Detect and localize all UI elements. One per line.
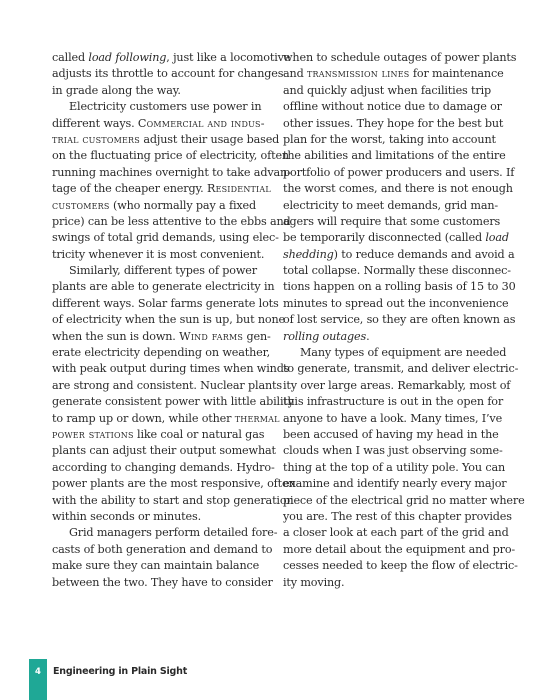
text-run: different ways. [52, 117, 138, 130]
text-run: price) can be less attentive to the ebbs… [52, 215, 291, 228]
text-run: running machines overnight to take advan… [52, 166, 291, 179]
text-run: anyone to have a look. Many times, I’ve [283, 412, 502, 425]
text-line: shedding) to reduce demands and avoid a [283, 247, 525, 263]
book-page: called load following, just like a locom… [0, 0, 560, 700]
text-line: of electricity when the sun is up, but n… [52, 312, 296, 328]
text-run: adjust their usage based [140, 133, 279, 146]
text-run: tage of the cheaper energy. [52, 182, 207, 195]
text-line: ity over large areas. Remarkably, most o… [283, 378, 525, 394]
text-run: of electricity when the sun is up, but n… [52, 313, 285, 326]
text-line: to generate, transmit, and deliver elect… [283, 361, 525, 377]
text-run: Grid managers perform detailed fore- [69, 526, 277, 539]
text-run: clouds when I was just observing some- [283, 444, 503, 457]
text-run: agers will require that some customers [283, 215, 500, 228]
text-line: electricity to meet demands, grid man- [283, 198, 525, 214]
text-run: Many types of equipment are needed [300, 346, 506, 359]
text-run: be temporarily disconnected (called [283, 231, 485, 244]
text-run: Similarly, different types of power [69, 264, 257, 277]
text-line: rolling outages. [283, 329, 525, 345]
text-line: tage of the cheaper energy. Residential [52, 181, 296, 197]
text-run: and quickly adjust when facilities trip [283, 84, 491, 97]
text-run: gen- [243, 330, 271, 343]
text-run: power plants are the most responsive, of… [52, 477, 296, 490]
text-line: the worst comes, and there is not enough [283, 181, 525, 197]
text-line: Similarly, different types of power [52, 263, 296, 279]
text-line: different ways. Solar farms generate lot… [52, 296, 296, 312]
text-run: the abilities and limitations of the ent… [283, 149, 506, 162]
text-line: total collapse. Normally these disconnec… [283, 263, 525, 279]
text-line: in grade along the way. [52, 83, 296, 99]
text-line: generate consistent power with little ab… [52, 394, 296, 410]
text-run: electricity to meet demands, grid man- [283, 199, 498, 212]
text-run: total collapse. Normally these disconnec… [283, 264, 511, 277]
text-line: clouds when I was just observing some- [283, 443, 525, 459]
text-line: between the two. They have to consider [52, 575, 296, 591]
text-run: you are. The rest of this chapter provid… [283, 510, 512, 523]
text-run: casts of both generation and demand to [52, 543, 272, 556]
text-line: trial customers adjust their usage based [52, 132, 296, 148]
text-run: when to schedule outages of power plants [283, 51, 516, 64]
text-run: a closer look at each part of the grid a… [283, 526, 509, 539]
text-run: erate electricity depending on weather, [52, 346, 270, 359]
right-text-column: when to schedule outages of power plants… [283, 50, 525, 591]
running-title: Engineering in Plain Sight [53, 666, 187, 677]
text-run: in grade along the way. [52, 84, 181, 97]
text-line: Grid managers perform detailed fore- [52, 525, 296, 541]
text-line: be temporarily disconnected (called load [283, 230, 525, 246]
left-text-column: called load following, just like a locom… [52, 50, 296, 591]
text-line: on the fluctuating price of electricity,… [52, 148, 296, 164]
text-line: examine and identify nearly every major [283, 476, 525, 492]
emphasis-text: load following [88, 51, 166, 64]
glossary-term: power stations [52, 428, 134, 441]
text-run: . [366, 330, 369, 343]
text-run: called [52, 51, 88, 64]
text-line: cesses needed to keep the flow of electr… [283, 558, 525, 574]
text-run: with the ability to start and stop gener… [52, 494, 294, 507]
text-run: piece of the electrical grid no matter w… [283, 494, 525, 507]
text-line: thing at the top of a utility pole. You … [283, 460, 525, 476]
text-line: tricity whenever it is most convenient. [52, 247, 296, 263]
text-run: make sure they can maintain balance [52, 559, 259, 572]
text-line: of lost service, so they are often known… [283, 312, 525, 328]
text-line: swings of total grid demands, using elec… [52, 230, 296, 246]
glossary-term: Residential [207, 182, 271, 195]
text-run: portfolio of power producers and users. … [283, 166, 514, 179]
text-line: power stations like coal or natural gas [52, 427, 296, 443]
text-run: when the sun is down. [52, 330, 179, 343]
page-footer: 4 Engineering in Plain Sight [0, 659, 560, 700]
text-run: the worst comes, and there is not enough [283, 182, 513, 195]
text-line: and quickly adjust when facilities trip [283, 83, 525, 99]
text-run: different ways. Solar farms generate lot… [52, 297, 279, 310]
glossary-term: trial customers [52, 133, 140, 146]
text-line: plan for the worst, taking into account [283, 132, 525, 148]
glossary-term: transmission lines [307, 67, 409, 80]
text-line: plants can adjust their output somewhat [52, 443, 296, 459]
text-run: been accused of having my head in the [283, 428, 499, 441]
text-line: price) can be less attentive to the ebbs… [52, 214, 296, 230]
text-line: erate electricity depending on weather, [52, 345, 296, 361]
page-number-tab: 4 [29, 659, 47, 700]
text-line: been accused of having my head in the [283, 427, 525, 443]
text-run: between the two. They have to consider [52, 576, 273, 589]
text-line: customers (who normally pay a fixed [52, 198, 296, 214]
text-line: adjusts its throttle to account for chan… [52, 66, 296, 82]
text-line: when the sun is down. Wind farms gen- [52, 329, 296, 345]
text-run: to ramp up or down, while other [52, 412, 235, 425]
text-line: Electricity customers use power in [52, 99, 296, 115]
text-run: more detail about the equipment and pro- [283, 543, 515, 556]
glossary-term: thermal [235, 412, 280, 425]
text-line: different ways. Commercial and indus- [52, 116, 296, 132]
text-run: examine and identify nearly every major [283, 477, 506, 490]
text-run: on the fluctuating price of electricity,… [52, 149, 289, 162]
text-run: tricity whenever it is most convenient. [52, 248, 264, 261]
text-line: to ramp up or down, while other thermal [52, 411, 296, 427]
text-run: plan for the worst, taking into account [283, 133, 496, 146]
text-run: plants can adjust their output somewhat [52, 444, 276, 457]
text-line: and transmission lines for maintenance [283, 66, 525, 82]
text-run: , just like a locomotive [166, 51, 290, 64]
text-line: portfolio of power producers and users. … [283, 165, 525, 181]
text-run: other issues. They hope for the best but [283, 117, 503, 130]
text-line: agers will require that some customers [283, 214, 525, 230]
text-line: plants are able to generate electricity … [52, 279, 296, 295]
text-run: to generate, transmit, and deliver elect… [283, 362, 518, 375]
text-line: casts of both generation and demand to [52, 542, 296, 558]
text-run: cesses needed to keep the flow of electr… [283, 559, 518, 572]
text-line: within seconds or minutes. [52, 509, 296, 525]
text-run: of lost service, so they are often known… [283, 313, 515, 326]
text-line: with the ability to start and stop gener… [52, 493, 296, 509]
text-run: plants are able to generate electricity … [52, 280, 274, 293]
text-line: when to schedule outages of power plants [283, 50, 525, 66]
text-run: and [283, 67, 307, 80]
text-run: Electricity customers use power in [69, 100, 261, 113]
text-run: like coal or natural gas [134, 428, 265, 441]
page-number: 4 [29, 667, 47, 677]
emphasis-text: shedding [283, 248, 334, 261]
text-line: are strong and consistent. Nuclear plant… [52, 378, 296, 394]
text-line: anyone to have a look. Many times, I’ve [283, 411, 525, 427]
text-run: offline without notice due to damage or [283, 100, 502, 113]
text-line: more detail about the equipment and pro- [283, 542, 525, 558]
text-run: ity over large areas. Remarkably, most o… [283, 379, 510, 392]
text-line: piece of the electrical grid no matter w… [283, 493, 525, 509]
glossary-term: Wind farms [179, 330, 243, 343]
text-run: ) to reduce demands and avoid a [334, 248, 515, 261]
text-run: tions happen on a rolling basis of 15 to… [283, 280, 516, 293]
text-run: are strong and consistent. Nuclear plant… [52, 379, 282, 392]
text-line: make sure they can maintain balance [52, 558, 296, 574]
text-run: ity moving. [283, 576, 344, 589]
text-run: minutes to spread out the inconvenience [283, 297, 509, 310]
text-line: you are. The rest of this chapter provid… [283, 509, 525, 525]
glossary-term: Commercial and indus- [138, 117, 265, 130]
text-line: ity moving. [283, 575, 525, 591]
emphasis-text: load [485, 231, 509, 244]
text-run: according to changing demands. Hydro- [52, 461, 275, 474]
text-line: called load following, just like a locom… [52, 50, 296, 66]
text-run: for maintenance [409, 67, 503, 80]
text-run: swings of total grid demands, using elec… [52, 231, 279, 244]
text-line: Many types of equipment are needed [283, 345, 525, 361]
text-line: this infrastructure is out in the open f… [283, 394, 525, 410]
text-line: with peak output during times when winds [52, 361, 296, 377]
text-run: (who normally pay a fixed [110, 199, 256, 212]
text-line: according to changing demands. Hydro- [52, 460, 296, 476]
emphasis-text: rolling outages [283, 330, 366, 343]
text-line: power plants are the most responsive, of… [52, 476, 296, 492]
text-line: the abilities and limitations of the ent… [283, 148, 525, 164]
glossary-term: customers [52, 199, 110, 212]
text-line: minutes to spread out the inconvenience [283, 296, 525, 312]
text-run: with peak output during times when winds [52, 362, 289, 375]
text-run: adjusts its throttle to account for chan… [52, 67, 283, 80]
text-run: this infrastructure is out in the open f… [283, 395, 503, 408]
text-line: tions happen on a rolling basis of 15 to… [283, 279, 525, 295]
text-run: generate consistent power with little ab… [52, 395, 294, 408]
text-line: a closer look at each part of the grid a… [283, 525, 525, 541]
text-run: within seconds or minutes. [52, 510, 201, 523]
text-line: running machines overnight to take advan… [52, 165, 296, 181]
text-line: offline without notice due to damage or [283, 99, 525, 115]
text-run: thing at the top of a utility pole. You … [283, 461, 505, 474]
text-line: other issues. They hope for the best but [283, 116, 525, 132]
